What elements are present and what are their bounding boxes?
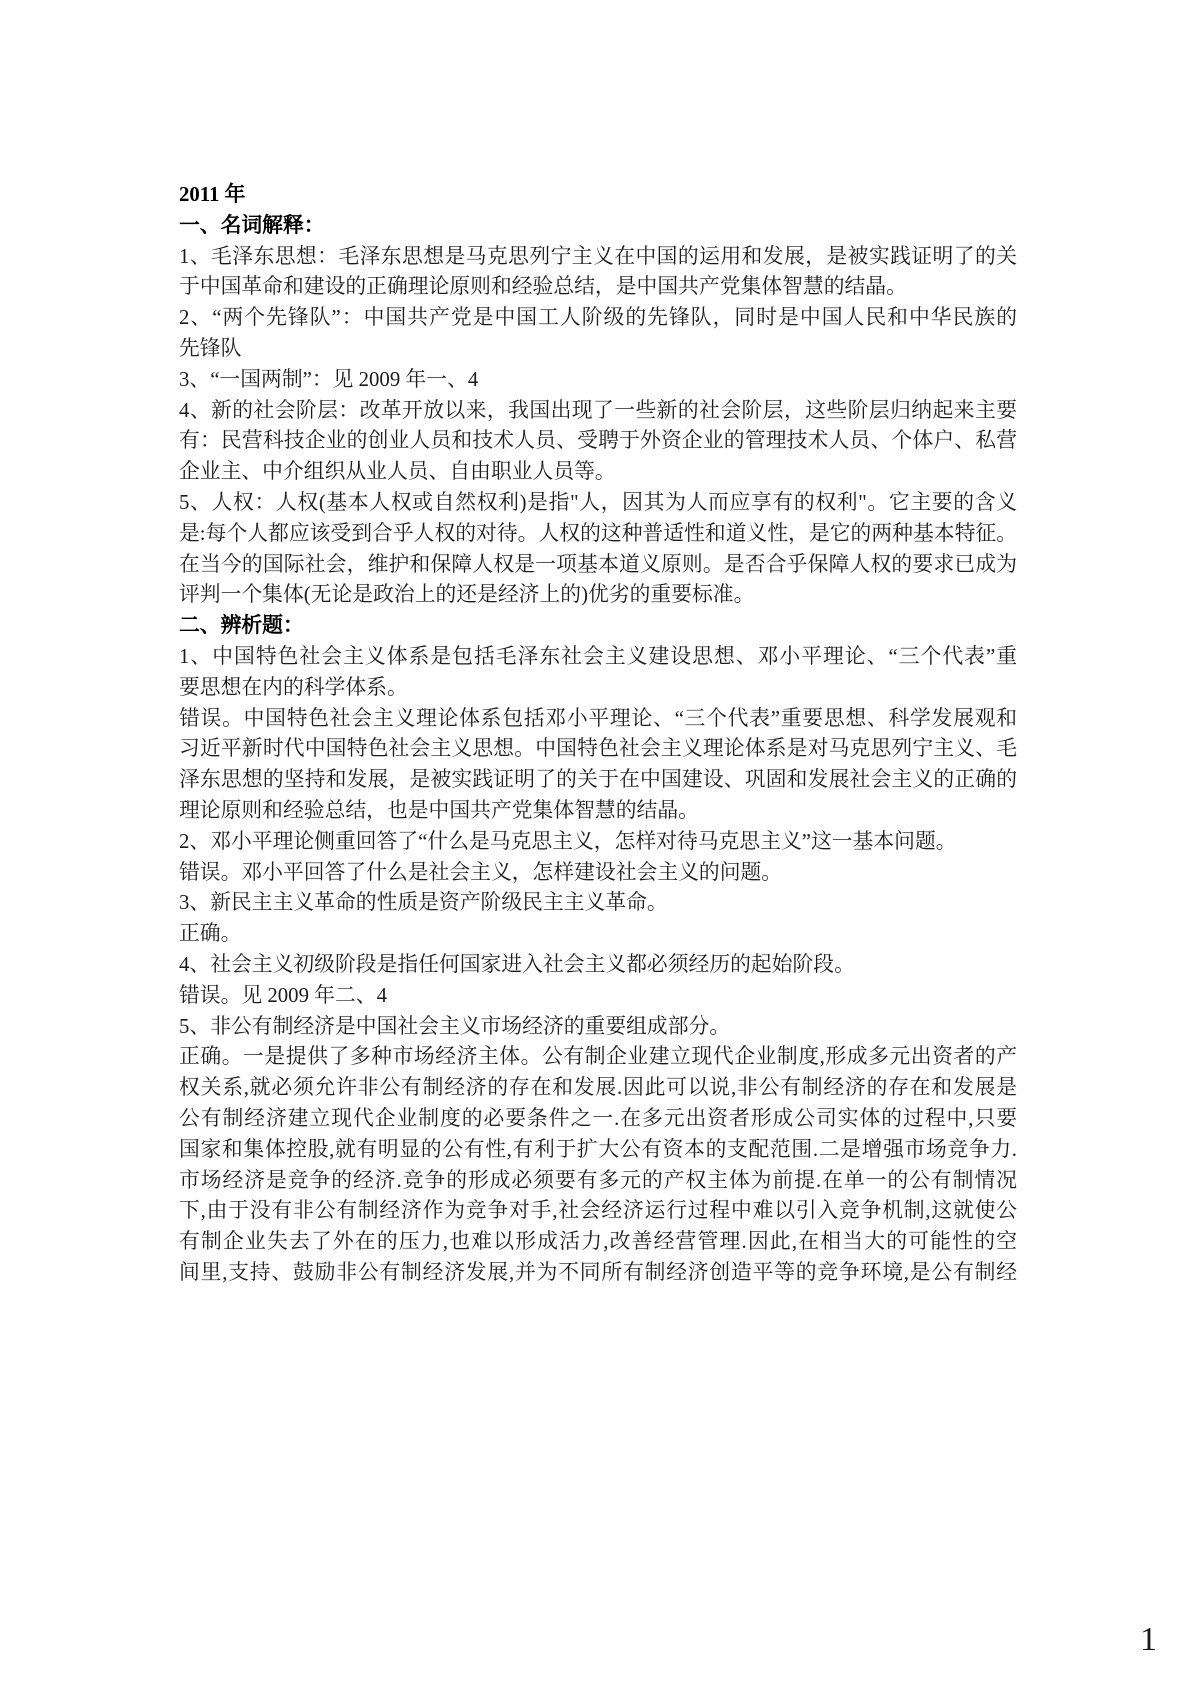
text-line: 错误。中国特色社会主义理论体系包括邓小平理论、“三个代表”重要思想、科学发展观和: [179, 704, 1017, 735]
text-line: 要思想在内的科学体系。: [179, 673, 1017, 704]
text-line: 2、“两个先锋队”：中国共产党是中国工人阶级的先锋队，同时是中国人民和中华民族的: [179, 303, 1017, 334]
text-line: 理论原则和经验总结，也是中国共产党集体智慧的结晶。: [179, 796, 1017, 827]
text-line: 错误。见 2009 年二、4: [179, 981, 1017, 1012]
text-line: 泽东思想的坚持和发展，是被实践证明了的关于在中国建设、巩固和发展社会主义的正确的: [179, 765, 1017, 796]
text-line: 2、邓小平理论侧重回答了“什么是马克思主义，怎样对待马克思主义”这一基本问题。: [179, 827, 1017, 858]
text-line: 评判一个集体(无论是政治上的还是经济上的)优劣的重要标准。: [179, 580, 1017, 611]
text-line: 习近平新时代中国特色社会主义思想。中国特色社会主义理论体系是对马克思列宁主义、毛: [179, 734, 1017, 765]
page-number: 1: [1140, 1623, 1157, 1657]
text-line: 国家和集体控股,就有明显的公有性,有利于扩大公有资本的支配范围.二是增强市场竞争…: [179, 1135, 1017, 1166]
text-line: 在当今的国际社会，维护和保障人权是一项基本道义原则。是否合乎保障人权的要求已成为: [179, 550, 1017, 581]
text-line: 企业主、中介组织从业人员、自由职业人员等。: [179, 457, 1017, 488]
text-line: 3、新民主主义革命的性质是资产阶级民主主义革命。: [179, 888, 1017, 919]
text-line: 4、新的社会阶层：改革开放以来，我国出现了一些新的社会阶层，这些阶层归纳起来主要: [179, 396, 1017, 427]
text-line: 1、中国特色社会主义体系是包括毛泽东社会主义建设思想、邓小平理论、“三个代表”重: [179, 642, 1017, 673]
text-line: 3、“一国两制”：见 2009 年一、4: [179, 365, 1017, 396]
text-line: 4、社会主义初级阶段是指任何国家进入社会主义都必须经历的起始阶段。: [179, 950, 1017, 981]
text-line: 有制企业失去了外在的压力,也难以形成活力,改善经营管理.因此,在相当大的可能性的…: [179, 1227, 1017, 1258]
text-line: 市场经济是竞争的经济.竞争的形成必须要有多元的产权主体为前提.在单一的公有制情况: [179, 1166, 1017, 1197]
text-line: 下,由于没有非公有制经济作为竞争对手,社会经济运行过程中难以引入竞争机制,这就使…: [179, 1196, 1017, 1227]
heading-line: 一、名词解释：: [179, 211, 1017, 242]
text-line: 先锋队: [179, 334, 1017, 365]
text-line: 间里,支持、鼓励非公有制经济发展,并为不同所有制经济创造平等的竞争环境,是公有制…: [179, 1258, 1017, 1289]
text-line: 公有制经济建立现代企业制度的必要条件之一.在多元出资者形成公司实体的过程中,只要: [179, 1104, 1017, 1135]
text-line: 是:每个人都应该受到合乎人权的对待。人权的这种普适性和道义性，是它的两种基本特征…: [179, 519, 1017, 550]
text-line: 5、人权：人权(基本人权或自然权利)是指"人，因其为人而应享有的权利"。它主要的…: [179, 488, 1017, 519]
text-line: 于中国革命和建设的正确理论原则和经验总结，是中国共产党集体智慧的结晶。: [179, 272, 1017, 303]
document-page: 2011 年一、名词解释：1、毛泽东思想：毛泽东思想是马克思列宁主义在中国的运用…: [0, 0, 1190, 1683]
text-line: 正确。一是提供了多种市场经济主体。公有制企业建立现代企业制度,形成多元出资者的产: [179, 1042, 1017, 1073]
text-line: 错误。邓小平回答了什么是社会主义，怎样建设社会主义的问题。: [179, 858, 1017, 889]
text-line: 5、非公有制经济是中国社会主义市场经济的重要组成部分。: [179, 1012, 1017, 1043]
text-line: 权关系,就必须允许非公有制经济的存在和发展.因此可以说,非公有制经济的存在和发展…: [179, 1073, 1017, 1104]
text-line: 1、毛泽东思想：毛泽东思想是马克思列宁主义在中国的运用和发展，是被实践证明了的关: [179, 242, 1017, 273]
heading-line: 2011 年: [179, 180, 1017, 211]
text-line: 正确。: [179, 919, 1017, 950]
heading-line: 二、辨析题：: [179, 611, 1017, 642]
text-line: 有：民营科技企业的创业人员和技术人员、受聘于外资企业的管理技术人员、个体户、私营: [179, 426, 1017, 457]
text-block: 2011 年一、名词解释：1、毛泽东思想：毛泽东思想是马克思列宁主义在中国的运用…: [179, 180, 1017, 1289]
